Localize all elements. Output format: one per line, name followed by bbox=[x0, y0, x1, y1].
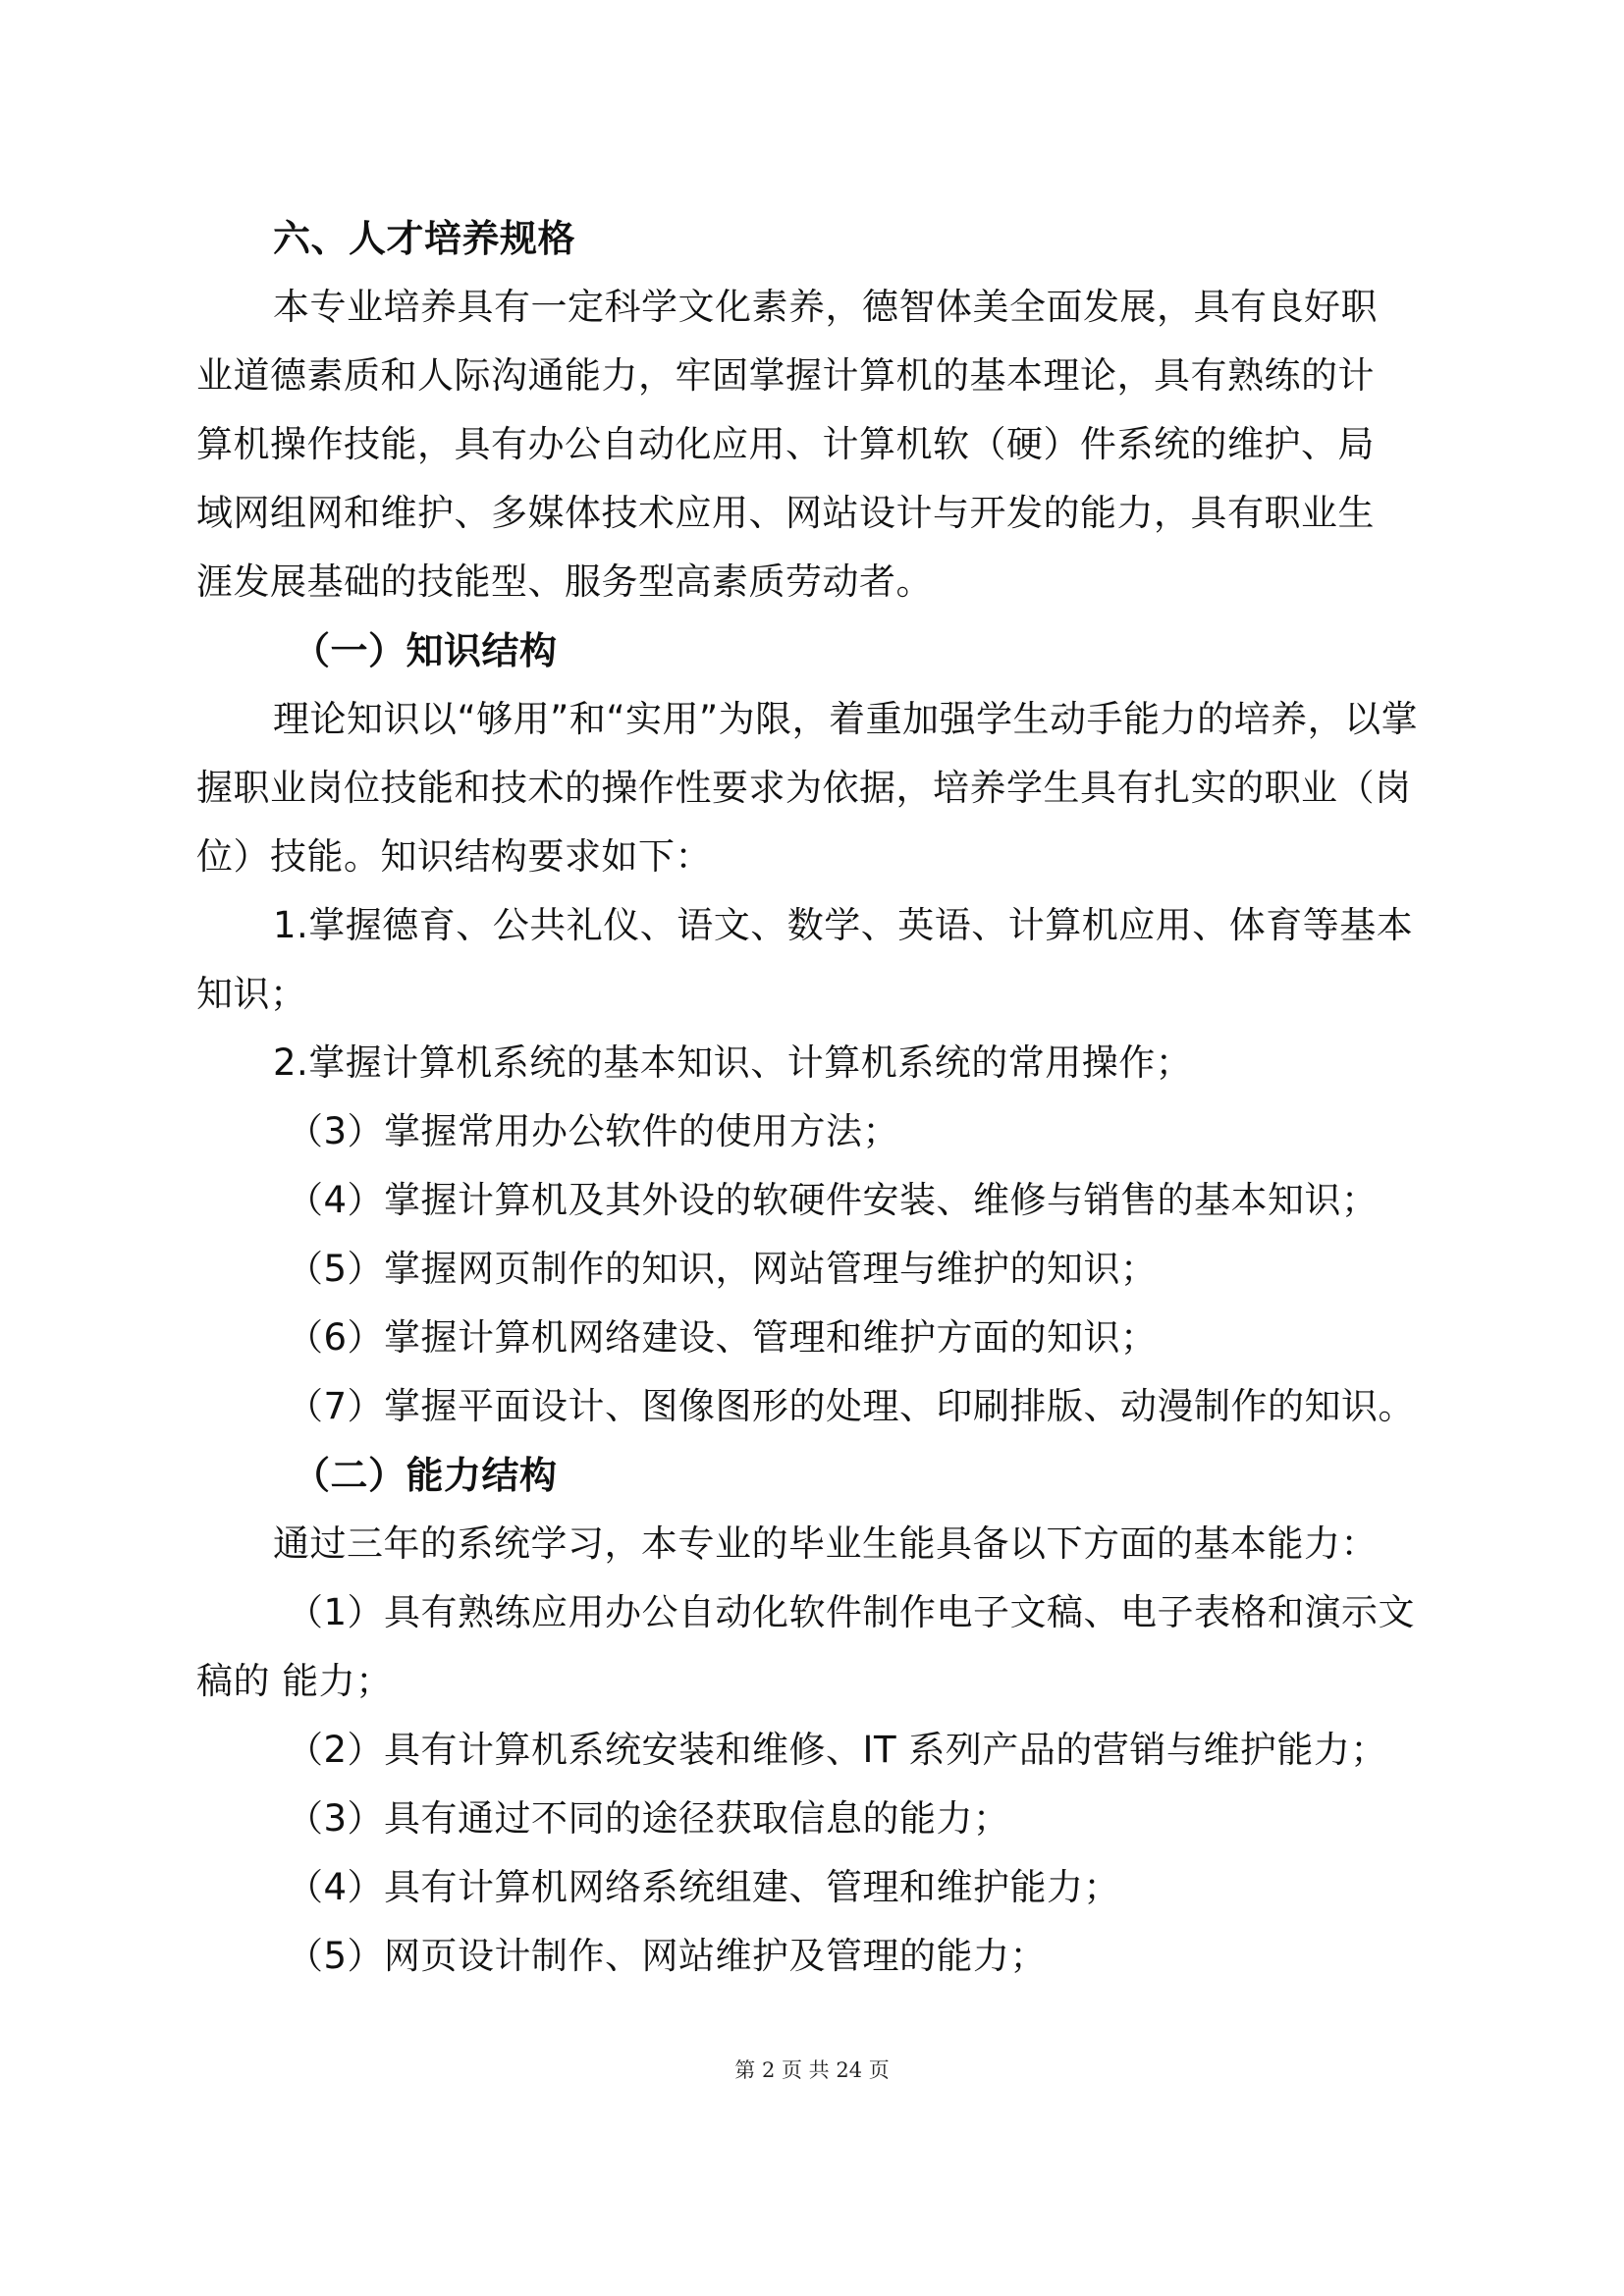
section-title: 六、人才培养规格 bbox=[196, 204, 1447, 273]
list-item-line: （1）具有熟练应用办公自动化软件制作电子文稿、电子表格和演示文 bbox=[196, 1578, 1447, 1647]
ability-item-3: （3）具有通过不同的途径获取信息的能力； bbox=[196, 1785, 1447, 1853]
ability-item-2: （2）具有计算机系统安装和维修、IT 系列产品的营销与维护能力； bbox=[196, 1716, 1447, 1785]
paragraph-line: 理论知识以“够用”和“实用”为限，着重加强学生动手能力的培养，以掌 bbox=[196, 685, 1447, 754]
paragraph-line: 握职业岗位技能和技术的操作性要求为依据，培养学生具有扎实的职业（岗 bbox=[196, 754, 1447, 823]
ability-item-4: （4）具有计算机网络系统组建、管理和维护能力； bbox=[196, 1853, 1447, 1922]
paragraph-line: 位）技能。知识结构要求如下： bbox=[196, 823, 1447, 891]
paragraph-line: 域网组网和维护、多媒体技术应用、网站设计与开发的能力，具有职业生 bbox=[196, 479, 1447, 548]
knowledge-item-7: （7）掌握平面设计、图像图形的处理、印刷排版、动漫制作的知识。 bbox=[196, 1372, 1447, 1441]
ability-intro: 通过三年的系统学习，本专业的毕业生能具备以下方面的基本能力： bbox=[196, 1510, 1447, 1578]
knowledge-item-2: 2.掌握计算机系统的基本知识、计算机系统的常用操作； bbox=[196, 1029, 1447, 1097]
knowledge-intro-paragraph: 理论知识以“够用”和“实用”为限，着重加强学生动手能力的培养，以掌 握职业岗位技… bbox=[196, 685, 1447, 891]
page-number-footer: 第 2 页 共 24 页 bbox=[0, 2055, 1624, 2084]
knowledge-item-4: （4）掌握计算机及其外设的软硬件安装、维修与销售的基本知识； bbox=[196, 1166, 1447, 1235]
ability-item-1: （1）具有熟练应用办公自动化软件制作电子文稿、电子表格和演示文 稿的 能力； bbox=[196, 1578, 1447, 1716]
knowledge-item-3: （3）掌握常用办公软件的使用方法； bbox=[196, 1097, 1447, 1166]
paragraph-line: 本专业培养具有一定科学文化素养，德智体美全面发展，具有良好职 bbox=[196, 273, 1447, 342]
ability-structure-heading: （二）能力结构 bbox=[196, 1441, 1447, 1510]
knowledge-structure-heading: （一）知识结构 bbox=[196, 616, 1447, 685]
list-item-line: 1.掌握德育、公共礼仪、语文、数学、英语、计算机应用、体育等基本 bbox=[196, 891, 1447, 960]
paragraph-line: 涯发展基础的技能型、服务型高素质劳动者。 bbox=[196, 548, 1447, 616]
list-item-line: 知识； bbox=[196, 960, 1447, 1029]
intro-paragraph: 本专业培养具有一定科学文化素养，德智体美全面发展，具有良好职 业道德素质和人际沟… bbox=[196, 273, 1447, 616]
knowledge-item-6: （6）掌握计算机网络建设、管理和维护方面的知识； bbox=[196, 1304, 1447, 1372]
paragraph-line: 业道德素质和人际沟通能力，牢固掌握计算机的基本理论，具有熟练的计 bbox=[196, 342, 1447, 410]
page-content: 六、人才培养规格 本专业培养具有一定科学文化素养，德智体美全面发展，具有良好职 … bbox=[196, 204, 1447, 1991]
paragraph-line: 算机操作技能，具有办公自动化应用、计算机软（硬）件系统的维护、局 bbox=[196, 410, 1447, 479]
document-page: 六、人才培养规格 本专业培养具有一定科学文化素养，德智体美全面发展，具有良好职 … bbox=[0, 0, 1624, 2296]
knowledge-item-1: 1.掌握德育、公共礼仪、语文、数学、英语、计算机应用、体育等基本 知识； bbox=[196, 891, 1447, 1029]
list-item-line: 稿的 能力； bbox=[196, 1647, 1447, 1716]
knowledge-item-5: （5）掌握网页制作的知识，网站管理与维护的知识； bbox=[196, 1235, 1447, 1304]
ability-item-5: （5）网页设计制作、网站维护及管理的能力； bbox=[196, 1922, 1447, 1991]
